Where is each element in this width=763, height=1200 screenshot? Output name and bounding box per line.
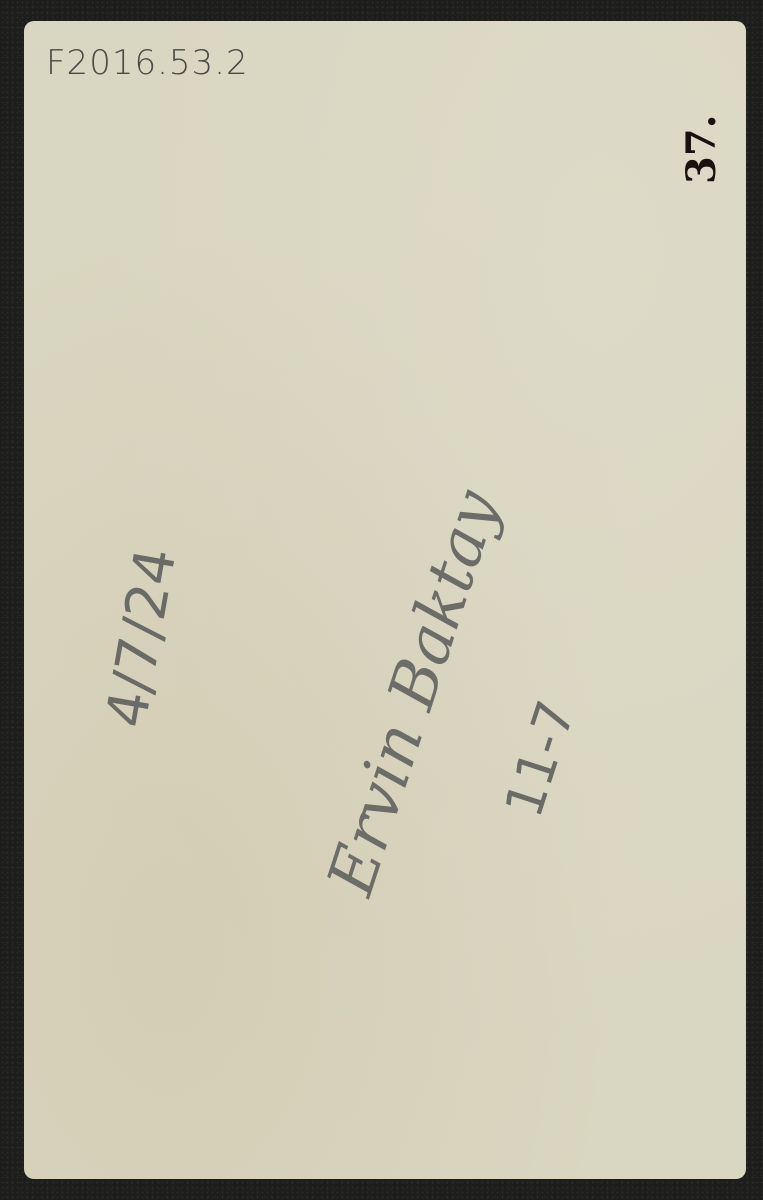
page-number: 37. bbox=[678, 114, 725, 184]
handwritten-name: Ervin Baktay bbox=[314, 482, 514, 904]
card: F2016.53.2 37. 4/7/24 Ervin Baktay 11-7 bbox=[24, 21, 746, 1179]
handwritten-date: 4/7/24 bbox=[94, 543, 189, 732]
accession-number: F2016.53.2 bbox=[46, 43, 249, 83]
handwritten-code: 11-7 bbox=[494, 694, 588, 825]
